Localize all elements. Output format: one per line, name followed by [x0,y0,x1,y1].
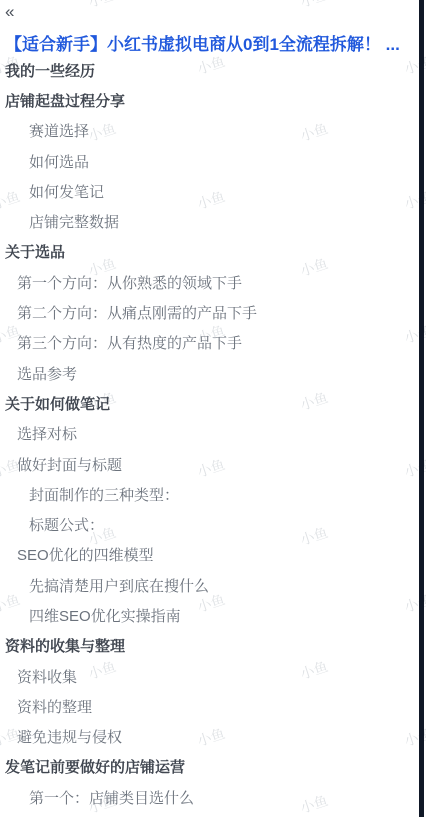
outline-item[interactable]: 第二个方向：从痛点刚需的产品下手 [0,297,414,327]
outline-item[interactable]: SEO优化的四维模型 [0,540,414,570]
document-title[interactable]: 【适合新手】小红书虚拟电商从0到1全流程拆解！ ... [5,34,413,55]
outline-item[interactable]: 如何发笔记 [0,176,414,206]
collapse-outline-icon[interactable]: « [5,3,13,21]
outline-item[interactable]: 标题公式： [0,509,414,539]
outline-item[interactable]: 第一个：店铺类目选什么 [0,782,414,812]
outline-item[interactable]: 发笔记前要做好的店铺运营 [0,752,414,782]
outline-item[interactable]: 赛道选择 [0,116,414,146]
outline-item[interactable]: 如何选品 [0,146,414,176]
outline-item[interactable]: 四维SEO优化实操指南 [0,600,414,630]
outline-item[interactable]: 选品参考 [0,358,414,388]
outline-item[interactable]: 资料的收集与整理 [0,631,414,661]
outline-item[interactable]: 店铺起盘过程分享 [0,85,414,115]
outline-item[interactable]: 避免违规与侵权 [0,722,414,752]
outline-item[interactable]: 先搞清楚用户到底在搜什么 [0,570,414,600]
outline-item[interactable]: 第三个方向：从有热度的产品下手 [0,328,414,358]
outline-item[interactable]: 资料收集 [0,661,414,691]
outline-item[interactable]: 店铺完整数据 [0,206,414,236]
outline-item[interactable]: 我的一些经历 [0,55,414,85]
outline-item[interactable]: 关于选品 [0,237,414,267]
outline-panel: 小鱼小鱼小鱼小鱼小鱼小鱼小鱼小鱼小鱼小鱼小鱼小鱼小鱼小鱼小鱼小鱼小鱼小鱼小鱼小鱼… [0,0,426,817]
outline-item[interactable]: 封面制作的三种类型： [0,479,414,509]
outline-item[interactable]: 关于如何做笔记 [0,388,414,418]
right-dark-edge [419,0,424,817]
outline-list: 我的一些经历店铺起盘过程分享赛道选择如何选品如何发笔记店铺完整数据关于选品第一个… [0,55,414,812]
outline-item[interactable]: 资料的整理 [0,691,414,721]
outline-item[interactable]: 选择对标 [0,419,414,449]
outline-item[interactable]: 第一个方向：从你熟悉的领域下手 [0,267,414,297]
outline-item[interactable]: 做好封面与标题 [0,449,414,479]
